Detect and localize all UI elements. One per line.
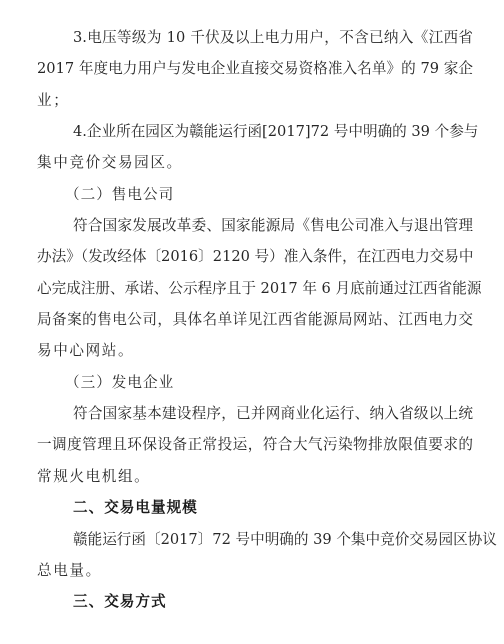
text-line: 易中心网站。 (37, 335, 473, 366)
text-line: 局备案的售电公司，具体名单详见江西省能源局网站、江西电力交 (37, 304, 473, 335)
text-line: 业； (37, 85, 473, 116)
text-line: 赣能运行函〔2017〕72 号中明确的 39 个集中竞价交易园区协议 (37, 524, 473, 555)
text-line: 总电量。 (37, 555, 473, 586)
text-line: 4.企业所在园区为赣能运行函[2017]72 号中明确的 39 个参与 (37, 116, 473, 147)
section-heading-trade-method: 三、交易方式 (37, 586, 473, 617)
text-line: 2017 年度电力用户与发电企业直接交易资格准入名单》的 79 家企 (37, 53, 473, 84)
paragraph-sales-company: 符合国家发展改革委、国家能源局《售电公司准入与退出管理 办法》（发改经体〔201… (37, 210, 473, 367)
text-line: 集中竞价交易园区。 (37, 147, 473, 178)
subsection-heading-power-generation: （三）发电企业 (37, 367, 473, 398)
document-page: 3.电压等级为 10 千伏及以上电力用户，不含已纳入《江西省 2017 年度电力… (37, 22, 473, 618)
text-line: 办法》（发改经体〔2016〕2120 号）准入条件，在江西电力交易中 (37, 241, 473, 272)
paragraph-trade-volume: 赣能运行函〔2017〕72 号中明确的 39 个集中竞价交易园区协议 总电量。 (37, 524, 473, 587)
subsection-heading-sales-company: （二）售电公司 (37, 179, 473, 210)
paragraph-power-generation: 符合国家基本建设程序，已并网商业化运行、纳入省级以上统 一调度管理且环保设备正常… (37, 398, 473, 492)
section-heading-trade-volume: 二、交易电量规模 (37, 492, 473, 523)
paragraph-item-4: 4.企业所在园区为赣能运行函[2017]72 号中明确的 39 个参与 集中竞价… (37, 116, 473, 179)
text-line: 3.电压等级为 10 千伏及以上电力用户，不含已纳入《江西省 (37, 22, 473, 53)
text-line: 常规火电机组。 (37, 461, 473, 492)
text-line: 符合国家发展改革委、国家能源局《售电公司准入与退出管理 (37, 210, 473, 241)
text-line: 符合国家基本建设程序，已并网商业化运行、纳入省级以上统 (37, 398, 473, 429)
text-line: 心完成注册、承诺、公示程序且于 2017 年 6 月底前通过江西省能源 (37, 273, 473, 304)
text-line: 一调度管理且环保设备正常投运，符合大气污染物排放限值要求的 (37, 429, 473, 460)
paragraph-item-3: 3.电压等级为 10 千伏及以上电力用户，不含已纳入《江西省 2017 年度电力… (37, 22, 473, 116)
